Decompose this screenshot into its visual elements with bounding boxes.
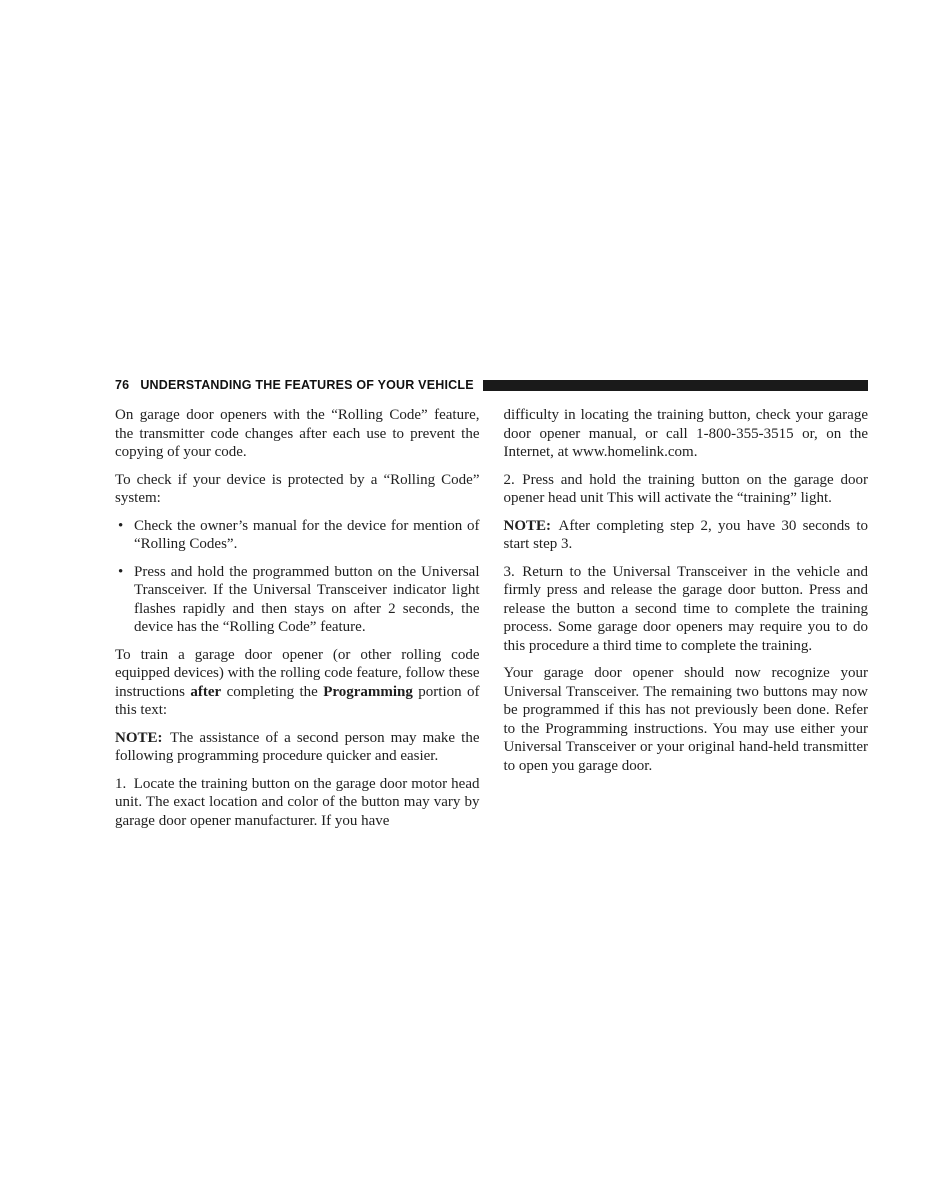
body-text: Check the owner’s manual for the device … <box>134 518 480 553</box>
body-text: 2. Press and hold the training button on… <box>504 472 869 507</box>
bullet-glyph: • <box>118 517 123 536</box>
bullet-glyph: • <box>118 563 123 582</box>
page-header: 76 UNDERSTANDING THE FEATURES OF YOUR VE… <box>115 378 868 392</box>
bold-text: after <box>190 684 221 700</box>
body-text: 3. Return to the Universal Transceiver i… <box>504 564 869 654</box>
body-text: To check if your device is protected by … <box>115 472 480 507</box>
paragraph: To train a garage door opener (or other … <box>115 646 480 720</box>
body-text: difficulty in locating the training butt… <box>504 407 869 460</box>
paragraph: 3. Return to the Universal Transceiver i… <box>504 563 869 656</box>
paragraph: On garage door openers with the “Rolling… <box>115 406 480 462</box>
bullet-item: •Press and hold the programmed button on… <box>115 563 480 637</box>
paragraph: difficulty in locating the training butt… <box>504 406 869 462</box>
manual-page: 76 UNDERSTANDING THE FEATURES OF YOUR VE… <box>115 378 868 830</box>
body-text: Your garage door opener should now recog… <box>504 665 869 774</box>
body-text: After completing step 2, you have 30 sec… <box>504 518 869 553</box>
header-bar <box>483 380 868 391</box>
paragraph: 1. Locate the training button on the gar… <box>115 775 480 831</box>
bold-text: Programming <box>323 684 413 700</box>
two-column-text: On garage door openers with the “Rolling… <box>115 406 868 830</box>
page-title: UNDERSTANDING THE FEATURES OF YOUR VEHIC… <box>140 378 473 392</box>
body-text: Press and hold the programmed button on … <box>134 564 480 636</box>
body-text: On garage door openers with the “Rolling… <box>115 407 480 460</box>
paragraph: NOTE: The assistance of a second person … <box>115 729 480 766</box>
paragraph: NOTE: After completing step 2, you have … <box>504 517 869 554</box>
body-text: completing the <box>221 684 323 700</box>
bullet-item: •Check the owner’s manual for the device… <box>115 517 480 554</box>
paragraph: Your garage door opener should now recog… <box>504 664 869 775</box>
right-column: difficulty in locating the training butt… <box>504 406 869 830</box>
bold-text: NOTE: <box>504 518 552 534</box>
body-text: The assistance of a second person may ma… <box>115 730 480 765</box>
page-number: 76 <box>115 378 129 392</box>
body-text: 1. Locate the training button on the gar… <box>115 776 480 829</box>
paragraph: To check if your device is protected by … <box>115 471 480 508</box>
paragraph: 2. Press and hold the training button on… <box>504 471 869 508</box>
bold-text: NOTE: <box>115 730 163 746</box>
left-column: On garage door openers with the “Rolling… <box>115 406 480 830</box>
